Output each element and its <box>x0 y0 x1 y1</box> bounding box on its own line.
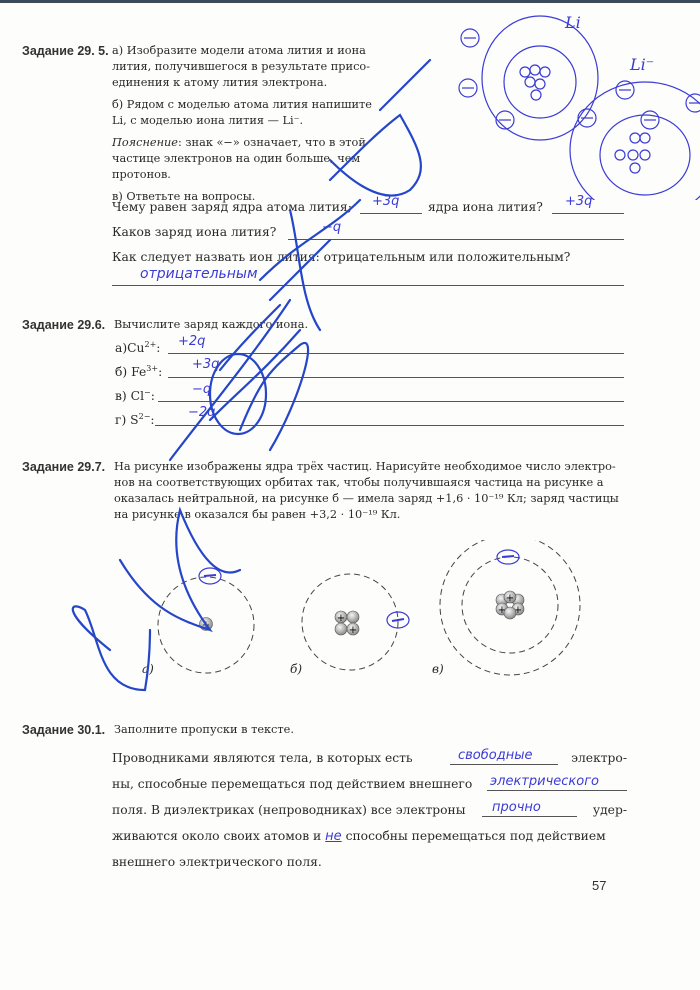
page-number: 57 <box>592 878 606 893</box>
pen-scribble-overlay <box>0 0 700 990</box>
